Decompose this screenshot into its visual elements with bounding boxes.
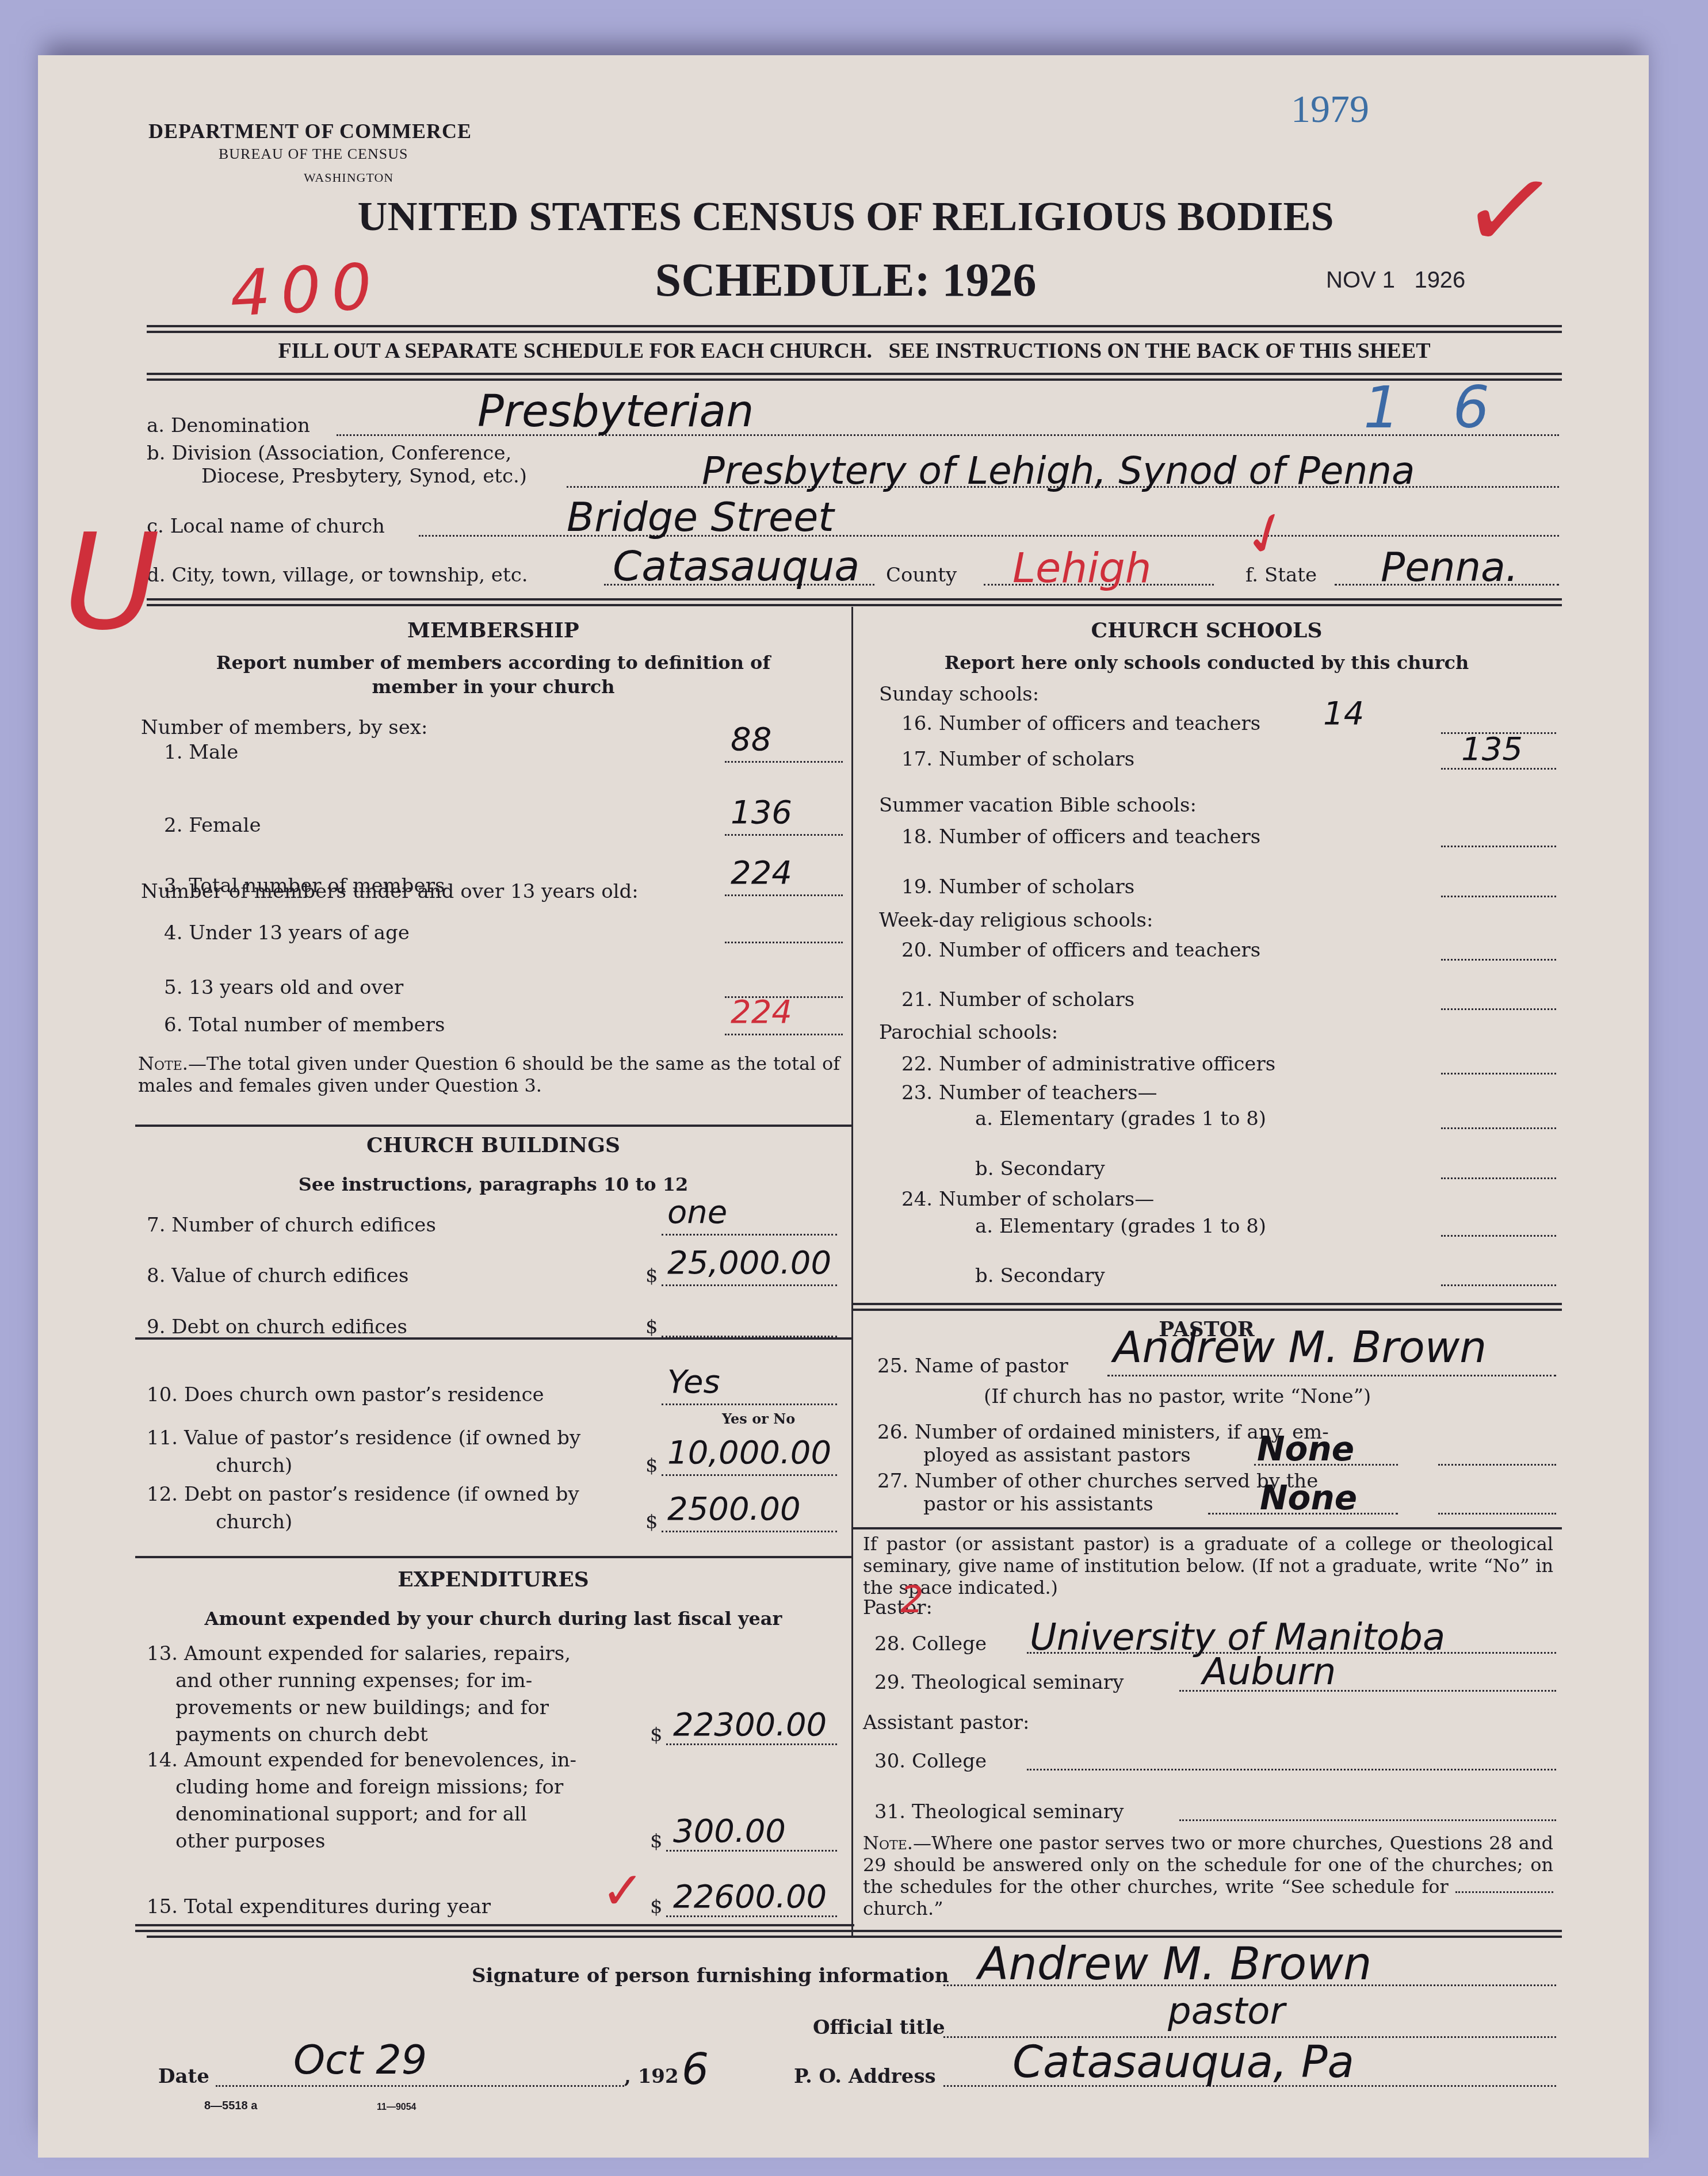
building-q12-dollar-sign: $ (645, 1510, 658, 1533)
membership-q2-answer-line (725, 834, 843, 836)
school-row-answer-line (1441, 1073, 1556, 1074)
q30-label: 30. College (874, 1750, 987, 1773)
county-field[interactable]: Lehigh (1012, 544, 1151, 592)
school-row-label: 19. Number of scholars (901, 875, 1134, 898)
q28-label: 28. College (874, 1632, 987, 1655)
year-prefix: , 192 (624, 2065, 679, 2088)
blue-annotation-mark: 1 6 (1363, 374, 1507, 441)
pastor-divider (851, 1527, 1562, 1529)
church-schools-heading: CHURCH SCHOOLS (851, 618, 1562, 643)
q27-line-2 (1438, 1513, 1556, 1515)
building-q11-dollar-sign: $ (645, 1454, 658, 1477)
expenditure-q14-label-1: 14. Amount expended for benevolences, in… (147, 1749, 576, 1772)
membership-heading: MEMBERSHIP (135, 618, 851, 643)
date-field[interactable]: Oct 29 (293, 2036, 427, 2083)
bureau-city: WASHINGTON (304, 170, 393, 185)
q29-label: 29. Theological seminary (874, 1671, 1124, 1694)
school-row-answer-line (1441, 846, 1556, 847)
signature-field[interactable]: Andrew M. Brown (978, 1938, 1371, 1990)
pastor-note-tail: church.” (863, 1898, 943, 1919)
building-q8-label: 8. Value of church edifices (147, 1264, 408, 1287)
footer-divider (147, 1930, 1562, 1938)
building-q10-answer-line (662, 1403, 837, 1405)
membership-q3-answer-line (725, 894, 843, 896)
expenditure-q13-label-2: and other running expenses; for im- (175, 1669, 532, 1692)
state-field[interactable]: Penna. (1381, 544, 1518, 591)
identification-divider (147, 598, 1562, 606)
building-q7-label: 7. Number of church edifices (147, 1214, 436, 1237)
church-buildings-heading: CHURCH BUILDINGS (135, 1133, 851, 1157)
membership-q2-label: 2. Female (164, 814, 261, 837)
membership-q5-label: 5. 13 years old and over (164, 976, 403, 999)
pastor-name-field[interactable]: Andrew M. Brown (1113, 1323, 1487, 1372)
school-group-summer: Summer vacation Bible schools: (879, 794, 1197, 817)
building-q8-answer-line (662, 1284, 837, 1286)
expenditure-q14-answer-line (666, 1850, 837, 1852)
school-row-label: b. Secondary (975, 1264, 1105, 1287)
signature-label: Signature of person furnishing informati… (472, 1964, 949, 1987)
city-field[interactable]: Catasauqua (613, 542, 859, 590)
pastor-name-line (1107, 1375, 1556, 1376)
expenditure-q13-label-1: 13. Amount expended for salaries, repair… (147, 1642, 571, 1665)
church-buildings-subtitle: See instructions, paragraphs 10 to 12 (135, 1173, 851, 1195)
membership-by-sex-heading: Number of members, by sex: (141, 716, 427, 739)
q31-label: 31. Theological seminary (874, 1800, 1124, 1823)
header-divider (147, 325, 1562, 333)
schedule-year: SCHEDULE: 1926 (518, 253, 1174, 307)
membership-q6-answer-line (725, 1034, 843, 1035)
school-row-label: 16. Number of officers and teachers (901, 712, 1260, 735)
bureau-name: BUREAU OF THE CENSUS (219, 146, 408, 163)
file-number-stamp: 1979 (1291, 86, 1369, 132)
expenditure-q13-answer-line (666, 1743, 837, 1745)
building-q11-answer-line (662, 1474, 837, 1476)
school-row-answer-line (1441, 1127, 1556, 1129)
membership-note: Note.—The total given under Question 6 s… (138, 1053, 840, 1096)
building-q12-label-2: church) (216, 1510, 292, 1533)
official-title-field[interactable]: pastor (1168, 1990, 1285, 2033)
building-q12-label: 12. Debt on pastor’s residence (if owned… (147, 1483, 579, 1506)
yes-or-no-hint: Yes or No (722, 1410, 795, 1427)
pastor-note: Note.—Where one pastor serves two or mor… (863, 1832, 1553, 1919)
q27-field[interactable]: None (1260, 1478, 1357, 1517)
building-q11-field[interactable]: 10,000.00 (667, 1434, 831, 1471)
membership-q1-answer-line (725, 761, 843, 763)
date-label: Date (158, 2065, 209, 2088)
expenditure-q15-label-1: 15. Total expenditures during year (147, 1895, 491, 1918)
pastor-note-lead: Note. (863, 1832, 913, 1854)
school-row-label: 21. Number of scholars (901, 988, 1134, 1011)
division-label-line2: Diocese, Presbytery, Synod, etc.) (201, 465, 527, 488)
banner-divider (147, 373, 1562, 381)
expenditure-q14-label-3: denominational support; and for all (175, 1803, 527, 1826)
pastor-note-text: —Where one pastor serves two or more chu… (863, 1832, 1553, 1898)
address-field[interactable]: Catasauqua, Pa (1012, 2036, 1354, 2087)
print-number: 11—9054 (377, 2102, 417, 2113)
membership-by-age-heading: Number of members under and over 13 year… (141, 880, 639, 903)
buildings-divider (135, 1556, 851, 1558)
membership-q6-field[interactable]: 224 (731, 993, 792, 1031)
expenditure-q13-field[interactable]: 22300.00 (673, 1706, 827, 1743)
address-label: P. O. Address (794, 2065, 936, 2088)
school-row-label: 17. Number of scholars (901, 748, 1134, 771)
school-row-label: 18. Number of officers and teachers (901, 825, 1260, 848)
expenditure-q14-dollar-sign: $ (650, 1830, 663, 1853)
expenditure-q13-dollar-sign: $ (650, 1723, 663, 1746)
instruction-banner: FILL OUT A SEPARATE SCHEDULE FOR EACH CH… (147, 338, 1562, 364)
membership-q1-label: 1. Male (164, 741, 238, 764)
building-q11-label: 11. Value of pastor’s residence (if owne… (147, 1427, 580, 1450)
q27-label-1: 27. Number of other churches served by t… (877, 1470, 1318, 1493)
expenditures-heading: EXPENDITURES (135, 1567, 851, 1592)
membership-q3-field[interactable]: 224 (731, 854, 792, 892)
school-row-answer-line (1441, 1008, 1556, 1010)
expenditure-q14-label-4: other purposes (175, 1830, 325, 1853)
buildings-mid-divider (135, 1337, 851, 1340)
expenditure-q13-label-4: payments on church debt (175, 1723, 428, 1746)
school-row-label: 24. Number of scholars— (901, 1188, 1154, 1211)
county-label: County (886, 564, 957, 587)
official-title-label: Official title (813, 2016, 945, 2039)
membership-subtitle-2: member in your church (135, 676, 851, 698)
q26-line-2 (1438, 1464, 1556, 1466)
local-name-field[interactable]: Bridge Street (567, 494, 834, 541)
pastor-name-label: 25. Name of pastor (877, 1355, 1068, 1378)
school-row-answer-line (1441, 959, 1556, 961)
membership-note-lead: Note. (138, 1053, 188, 1074)
q29-field[interactable]: Auburn (1202, 1651, 1336, 1693)
q26-field[interactable]: None (1257, 1429, 1354, 1468)
membership-divider (135, 1125, 851, 1127)
expenditure-q13-label-3: provements or new buildings; and for (175, 1696, 549, 1719)
column-divider (851, 607, 853, 1936)
expenditure-q14-field[interactable]: 300.00 (673, 1812, 786, 1850)
see-schedule-field[interactable] (1455, 1891, 1553, 1893)
school-row-field[interactable]: 14 (1323, 695, 1364, 732)
expenditure-q15-field[interactable]: 22600.00 (673, 1878, 827, 1915)
school-row-label: 23. Number of teachers— (901, 1081, 1157, 1104)
denomination-field[interactable]: Presbyterian (477, 385, 754, 437)
church-schools-subtitle: Report here only schools conducted by th… (851, 652, 1562, 674)
graduate-instructions: If pastor (or assistant pastor) is a gra… (863, 1533, 1553, 1598)
q27-label-2: pastor or his assistants (923, 1493, 1153, 1516)
membership-q1-field[interactable]: 88 (731, 721, 771, 758)
school-row-label: b. Secondary (975, 1157, 1105, 1180)
building-q7-field[interactable]: one (667, 1194, 727, 1231)
expenditures-subtitle: Amount expended by your church during la… (135, 1608, 851, 1630)
membership-q2-field[interactable]: 136 (731, 794, 792, 831)
membership-note-text: —The total given under Question 6 should… (138, 1053, 840, 1096)
building-q12-field[interactable]: 2500.00 (667, 1490, 801, 1528)
q30-field[interactable] (1027, 1769, 1556, 1770)
membership-subtitle-1: Report number of members according to de… (135, 652, 851, 674)
building-q8-dollar-sign: $ (645, 1264, 658, 1287)
membership-q4-label: 4. Under 13 years of age (164, 921, 410, 944)
building-q12-answer-line (662, 1531, 837, 1532)
school-group-sunday: Sunday schools: (879, 683, 1039, 706)
form-title: UNITED STATES CENSUS OF RELIGIOUS BODIES (288, 193, 1404, 240)
membership-q6-label: 6. Total number of members (164, 1014, 445, 1037)
red-pastor-count: 2 (900, 1579, 924, 1622)
expenditure-q15-dollar-sign: $ (650, 1895, 663, 1918)
pastor-name-hint: (If church has no pastor, write “None”) (984, 1385, 1371, 1408)
denomination-label: a. Denomination (147, 414, 310, 437)
school-row-answer-line (1441, 768, 1556, 770)
division-field[interactable]: Presbytery of Lehigh, Synod of Penna (702, 449, 1415, 493)
school-row-answer-line (1441, 1235, 1556, 1237)
building-q7-answer-line (662, 1234, 837, 1236)
q31-field[interactable] (1179, 1819, 1556, 1821)
school-group-parochial: Parochial schools: (879, 1021, 1058, 1044)
expenditure-q14-label-2: cluding home and foreign missions; for (175, 1776, 563, 1799)
school-group-weekday: Week-day religious schools: (879, 909, 1153, 932)
division-label-line1: b. Division (Association, Conference, (147, 442, 511, 465)
schools-divider (851, 1303, 1562, 1311)
school-row-answer-line (1441, 1177, 1556, 1179)
department-name: DEPARTMENT OF COMMERCE (148, 119, 472, 143)
school-row-label: 20. Number of officers and teachers (901, 939, 1260, 962)
date-line (216, 2085, 624, 2087)
school-row-field[interactable]: 135 (1461, 731, 1523, 768)
school-row-label: a. Elementary (grades 1 to 8) (975, 1215, 1266, 1238)
local-name-label: c. Local name of church (147, 515, 385, 538)
building-q10-field[interactable]: Yes (667, 1363, 720, 1401)
building-q10-label: 10. Does church own pastor’s residence (147, 1383, 544, 1406)
building-q9-label: 9. Debt on church edifices (147, 1315, 407, 1339)
building-q11-label-2: church) (216, 1454, 292, 1477)
assistant-subheading: Assistant pastor: (863, 1711, 1029, 1734)
red-checkmark-icon: ✓ (601, 1861, 644, 1921)
form-number: 8—5518 a (204, 2099, 257, 2113)
year-field[interactable]: 6 (682, 2045, 709, 2094)
q26-label-2: ployed as assistant pastors (923, 1444, 1191, 1467)
school-row-label: 22. Number of administrative officers (901, 1053, 1275, 1076)
school-row-answer-line (1441, 896, 1556, 897)
building-q8-field[interactable]: 25,000.00 (667, 1244, 831, 1282)
received-date-stamp: NOV 1 1926 (1326, 267, 1465, 293)
building-q9-dollar-sign: $ (645, 1315, 658, 1339)
city-label: d. City, town, village, or township, etc… (147, 564, 528, 587)
membership-q4-answer-line (725, 942, 843, 943)
school-row-label: a. Elementary (grades 1 to 8) (975, 1107, 1266, 1130)
red-checkmark-icon: ✓ (1453, 137, 1566, 284)
state-label: f. State (1245, 564, 1317, 587)
expenditure-q15-answer-line (666, 1915, 837, 1917)
school-row-answer-line (1441, 1284, 1556, 1286)
red-annotation-number: 400 (228, 249, 384, 331)
